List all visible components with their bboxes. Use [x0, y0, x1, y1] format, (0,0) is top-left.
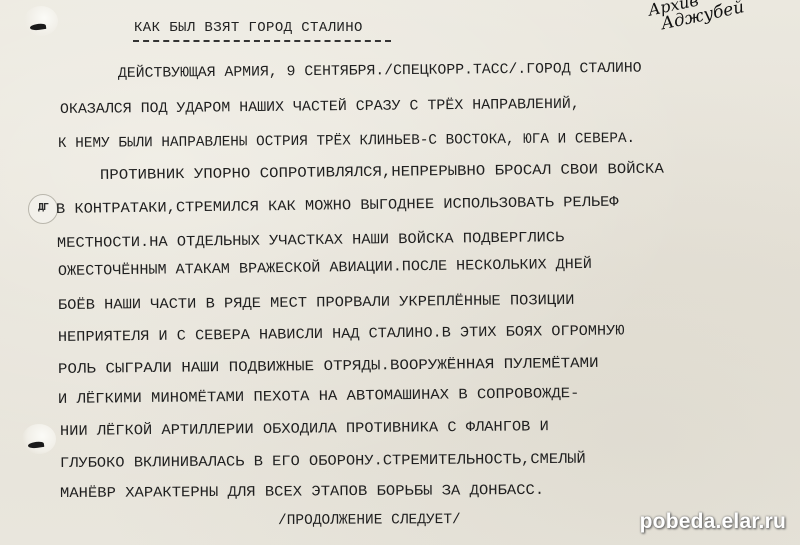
title-underline	[133, 40, 391, 42]
text-line: И ЛЁГКИМИ МИНОМЁТАМИ ПЕХОТА НА АВТОМАШИН…	[58, 386, 580, 408]
text-line: К НЕМУ БЫЛИ НАПРАВЛЕНЫ ОСТРИЯ ТРЁХ КЛИНЬ…	[58, 131, 635, 152]
document-page: ДГ Архив Аджубей КАК БЫЛ ВЗЯТ ГОРОД СТАЛ…	[0, 0, 800, 545]
text-line: МЕСТНОСТИ.НА ОТДЕЛЬНЫХ УЧАСТКАХ НАШИ ВОЙ…	[57, 230, 564, 252]
text-line: ОЖЕСТОЧЁННЫМ АТАКАМ ВРАЖЕСКОЙ АВИАЦИИ.ПО…	[58, 257, 592, 280]
text-line: БОЁВ НАШИ ЧАСТИ В РЯДЕ МЕСТ ПРОРВАЛИ УКР…	[58, 293, 575, 314]
text-line: НИИ ЛЁГКОЙ АРТИЛЛЕРИИ ОБХОДИЛА ПРОТИВНИК…	[60, 419, 549, 440]
document-title: КАК БЫЛ ВЗЯТ ГОРОД СТАЛИНО	[134, 20, 363, 36]
handwritten-note: Архив Аджубей	[642, 0, 799, 49]
text-line: ДЕЙСТВУЮЩАЯ АРМИЯ, 9 СЕНТЯБРЯ./СПЕЦКОРР.…	[118, 61, 642, 82]
watermark: pobeda.elar.ru	[640, 510, 786, 534]
text-line: В КОНТРАТАКИ,СТРЕМИЛСЯ КАК МОЖНО ВЫГОДНЕ…	[56, 195, 619, 218]
text-line: НЕПРИЯТЕЛЯ И С СЕВЕРА НАВИСЛИ НАД СТАЛИН…	[58, 323, 625, 346]
text-line: ПРОТИВНИК УПОРНО СОПРОТИВЛЯЛСЯ,НЕПРЕРЫВН…	[100, 162, 664, 184]
text-line: РОЛЬ СЫГРАЛИ НАШИ ПОДВИЖНЫЕ ОТРЯДЫ.ВООРУ…	[58, 356, 599, 378]
text-line: ГЛУБОКО ВКЛИНИВАЛАСЬ В ЕГО ОБОРОНУ.СТРЕМ…	[60, 452, 586, 472]
punch-hole-bottom	[22, 424, 56, 454]
text-line: МАНЁВР ХАРАКТЕРНЫ ДЛЯ ВСЕХ ЭТАПОВ БОРЬБЫ…	[60, 483, 544, 502]
continuation-note: /ПРОДОЛЖЕНИЕ СЛЕДУЕТ/	[278, 512, 461, 529]
punch-hole-top	[24, 6, 58, 36]
margin-stamp: ДГ	[28, 194, 58, 224]
text-line: ОКАЗАЛСЯ ПОД УДАРОМ НАШИХ ЧАСТЕЙ СРАЗУ С…	[60, 97, 580, 118]
